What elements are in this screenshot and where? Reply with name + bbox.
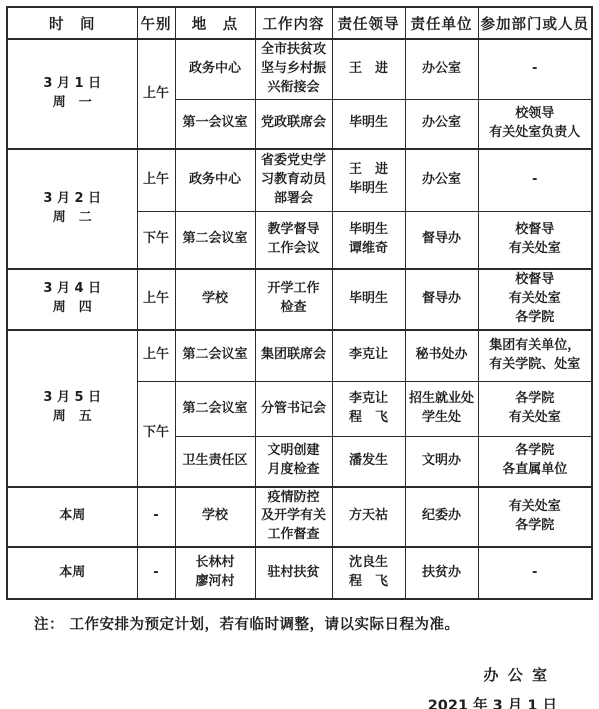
cell-location: 第二会议室	[175, 382, 255, 437]
table-row: 本周 - 长林村 廖河村 驻村扶贫 沈良生 程 飞 扶贫办 -	[7, 547, 592, 599]
cell-content: 疫情防控 及开学有关 工作督查	[255, 487, 332, 548]
cell-participants: -	[478, 547, 592, 599]
header-row: 时 间 午别 地 点 工作内容 责任领导 责任单位 参加部门或人员	[7, 7, 592, 39]
cell-ampm: 下午	[137, 382, 175, 487]
cell-content: 集团联席会	[255, 330, 332, 382]
cell-unit: 办公室	[405, 39, 478, 99]
cell-participants: 校督导 有关处室	[478, 211, 592, 269]
cell-ampm: 上午	[137, 330, 175, 382]
document-date: 2021 年 3 月 1 日	[6, 694, 593, 709]
cell-content: 开学工作 检查	[255, 269, 332, 330]
schedule-note: 注： 工作安排为预定计划，若有临时调整，请以实际日程为准。	[34, 613, 593, 634]
cell-date: 本周	[7, 547, 137, 599]
cell-unit: 办公室	[405, 149, 478, 211]
cell-participants: 各学院 各直属单位	[478, 437, 592, 487]
header-ampm: 午别	[137, 7, 175, 39]
cell-location: 卫生责任区	[175, 437, 255, 487]
cell-content: 驻村扶贫	[255, 547, 332, 599]
header-leader: 责任领导	[332, 7, 405, 39]
cell-unit: 扶贫办	[405, 547, 478, 599]
header-time: 时 间	[7, 7, 137, 39]
cell-content: 教学督导 工作会议	[255, 211, 332, 269]
signature-office: 办 公 室	[6, 664, 593, 685]
cell-unit: 办公室	[405, 99, 478, 149]
cell-location: 第一会议室	[175, 99, 255, 149]
cell-date: 3 月 4 日 周 四	[7, 269, 137, 330]
cell-content: 文明创建 月度检查	[255, 437, 332, 487]
cell-participants: 集团有关单位， 有关学院、处室	[478, 330, 592, 382]
cell-content: 党政联席会	[255, 99, 332, 149]
cell-location: 学校	[175, 487, 255, 548]
cell-ampm: 上午	[137, 149, 175, 211]
cell-date: 本周	[7, 487, 137, 548]
cell-leader: 潘发生	[332, 437, 405, 487]
cell-location: 学校	[175, 269, 255, 330]
cell-unit: 秘书处办	[405, 330, 478, 382]
cell-date: 3 月 1 日 周 一	[7, 39, 137, 149]
header-unit: 责任单位	[405, 7, 478, 39]
schedule-document: 时 间 午别 地 点 工作内容 责任领导 责任单位 参加部门或人员 3 月 1 …	[0, 0, 599, 709]
table-row: 3 月 5 日 周 五 上午 第二会议室 集团联席会 李克让 秘书处办 集团有关…	[7, 330, 592, 382]
cell-leader: 李克让 程 飞	[332, 382, 405, 437]
cell-ampm: 上午	[137, 269, 175, 330]
cell-unit: 招生就业处 学生处	[405, 382, 478, 437]
cell-leader: 毕明生	[332, 99, 405, 149]
cell-leader: 毕明生 谭维奇	[332, 211, 405, 269]
cell-participants: 校领导 有关处室负责人	[478, 99, 592, 149]
cell-leader: 王 进 毕明生	[332, 149, 405, 211]
cell-location: 第二会议室	[175, 211, 255, 269]
cell-leader: 毕明生	[332, 269, 405, 330]
cell-leader: 李克让	[332, 330, 405, 382]
cell-location: 政务中心	[175, 149, 255, 211]
cell-ampm: 下午	[137, 211, 175, 269]
header-participants: 参加部门或人员	[478, 7, 592, 39]
cell-leader: 王 进	[332, 39, 405, 99]
document-footer: 办 公 室 2021 年 3 月 1 日	[6, 664, 593, 709]
table-row: 3 月 4 日 周 四 上午 学校 开学工作 检查 毕明生 督导办 校督导 有关…	[7, 269, 592, 330]
cell-leader: 沈良生 程 飞	[332, 547, 405, 599]
cell-participants: -	[478, 39, 592, 99]
header-content: 工作内容	[255, 7, 332, 39]
cell-content: 全市扶贫攻 坚与乡村振 兴衔接会	[255, 39, 332, 99]
cell-date: 3 月 5 日 周 五	[7, 330, 137, 487]
cell-unit: 督导办	[405, 211, 478, 269]
cell-unit: 文明办	[405, 437, 478, 487]
cell-location: 政务中心	[175, 39, 255, 99]
cell-participants: 各学院 有关处室	[478, 382, 592, 437]
cell-location: 第二会议室	[175, 330, 255, 382]
cell-unit: 督导办	[405, 269, 478, 330]
cell-location: 长林村 廖河村	[175, 547, 255, 599]
cell-content: 分管书记会	[255, 382, 332, 437]
table-row: 3 月 1 日 周 一 上午 政务中心 全市扶贫攻 坚与乡村振 兴衔接会 王 进…	[7, 39, 592, 99]
table-row: 本周 - 学校 疫情防控 及开学有关 工作督查 方天祜 纪委办 有关处室 各学院	[7, 487, 592, 548]
cell-participants: 校督导 有关处室 各学院	[478, 269, 592, 330]
cell-participants: -	[478, 149, 592, 211]
work-schedule-table: 时 间 午别 地 点 工作内容 责任领导 责任单位 参加部门或人员 3 月 1 …	[6, 6, 593, 600]
table-row: 3 月 2 日 周 二 上午 政务中心 省委党史学 习教育动员 部署会 王 进 …	[7, 149, 592, 211]
cell-ampm: -	[137, 547, 175, 599]
cell-date: 3 月 2 日 周 二	[7, 149, 137, 269]
cell-ampm: 上午	[137, 39, 175, 149]
cell-ampm: -	[137, 487, 175, 548]
cell-leader: 方天祜	[332, 487, 405, 548]
cell-unit: 纪委办	[405, 487, 478, 548]
cell-content: 省委党史学 习教育动员 部署会	[255, 149, 332, 211]
header-location: 地 点	[175, 7, 255, 39]
cell-participants: 有关处室 各学院	[478, 487, 592, 548]
